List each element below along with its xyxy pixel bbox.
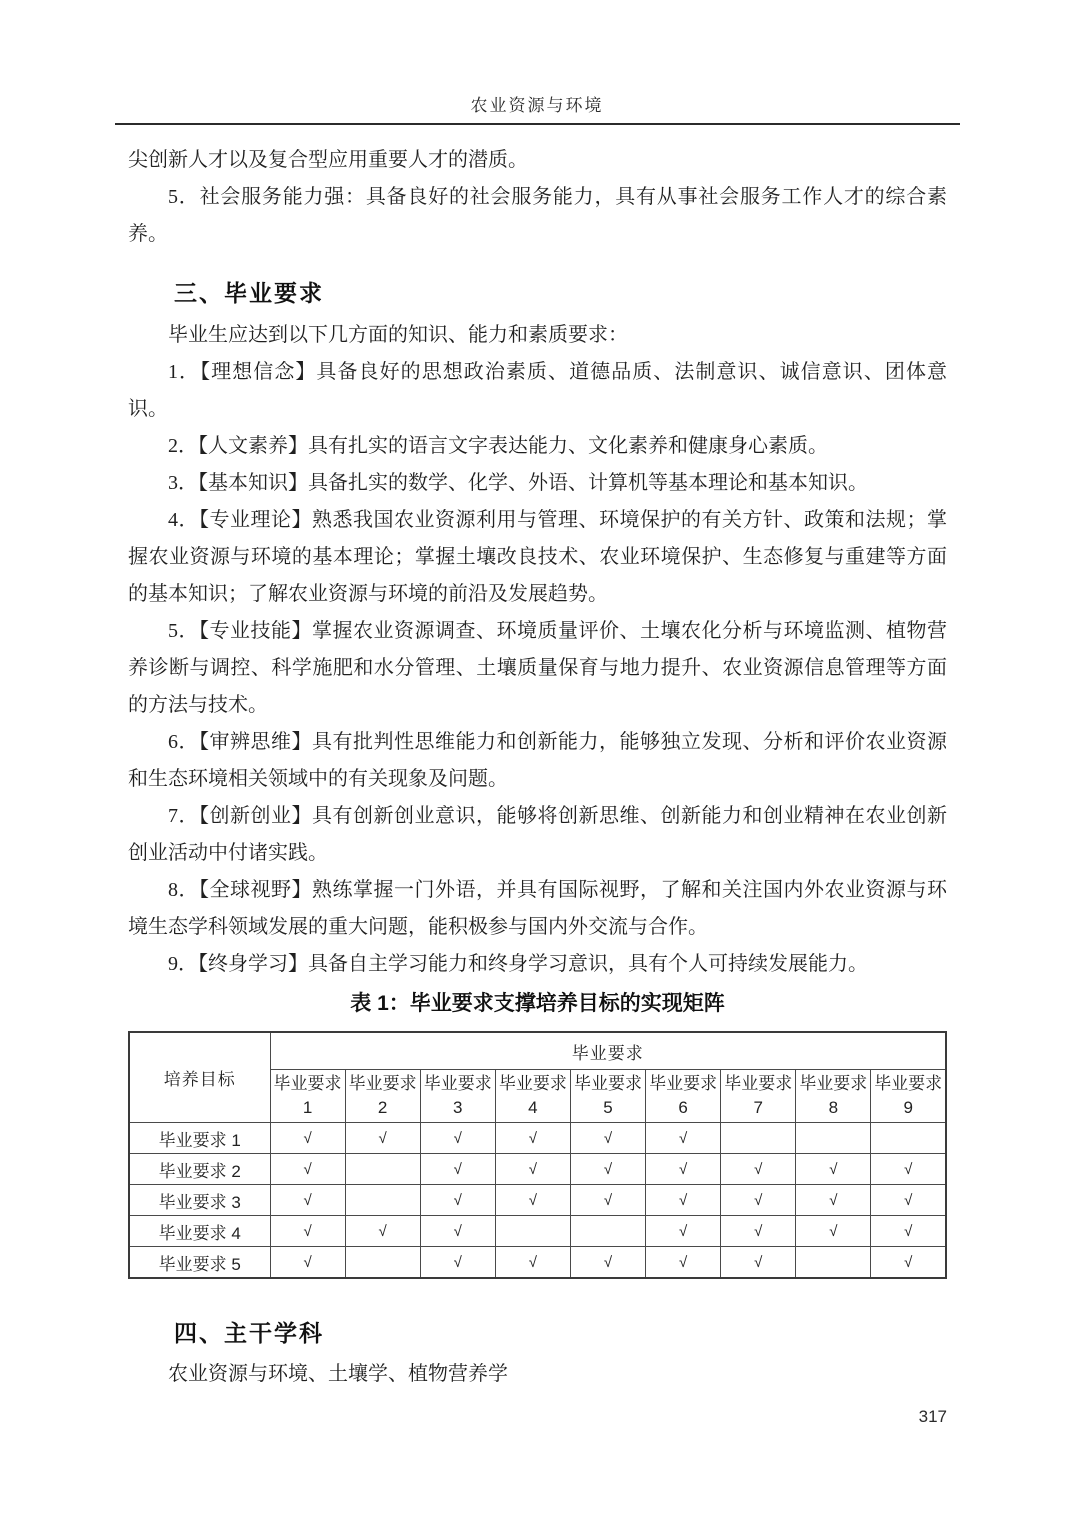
table-title: 表 1：毕业要求支撑培养目标的实现矩阵 — [128, 989, 947, 1019]
graduation-item: 8．【全球视野】熟练掌握一门外语，并具有国际视野，了解和关注国内外农业资源与环境… — [128, 872, 947, 946]
column-header-cell: 毕业要求 4 — [495, 1070, 570, 1123]
row-label-cell: 毕业要求 4 — [129, 1216, 270, 1247]
paragraph-continuation: 尖创新人才以及复合型应用重要人才的潜质。 — [128, 142, 947, 179]
check-mark-cell: √ — [345, 1123, 420, 1154]
check-mark-cell: √ — [796, 1216, 871, 1247]
check-mark-cell: √ — [796, 1154, 871, 1185]
check-mark-cell: √ — [721, 1247, 796, 1279]
table-row: 毕业要求 1√√√√√√ — [129, 1123, 946, 1154]
empty-cell — [796, 1123, 871, 1154]
matrix-table-body: 毕业要求 1√√√√√√毕业要求 2√√√√√√√√毕业要求 3√√√√√√√√… — [129, 1123, 946, 1279]
check-mark-cell: √ — [570, 1123, 645, 1154]
check-mark-cell: √ — [646, 1185, 721, 1216]
table-row: 毕业要求 2√√√√√√√√ — [129, 1154, 946, 1185]
check-mark-cell: √ — [570, 1154, 645, 1185]
column-header-cell: 毕业要求 5 — [570, 1070, 645, 1123]
graduation-item: 5．【专业技能】掌握农业资源调查、环境质量评价、土壤农化分析与环境监测、植物营养… — [128, 613, 947, 724]
empty-cell — [796, 1247, 871, 1279]
page-content: 尖创新人才以及复合型应用重要人才的潜质。 5．社会服务能力强：具备良好的社会服务… — [128, 142, 947, 1427]
empty-cell — [345, 1185, 420, 1216]
column-header-cell: 毕业要求 3 — [420, 1070, 495, 1123]
check-mark-cell: √ — [495, 1123, 570, 1154]
check-mark-cell: √ — [270, 1123, 345, 1154]
graduation-item: 1．【理想信念】具备良好的思想政治素质、道德品质、法制意识、诚信意识、团体意识。 — [128, 354, 947, 428]
column-header-cell: 毕业要求 2 — [345, 1070, 420, 1123]
check-mark-cell: √ — [420, 1154, 495, 1185]
check-mark-cell: √ — [871, 1185, 946, 1216]
check-mark-cell: √ — [871, 1154, 946, 1185]
check-mark-cell: √ — [270, 1154, 345, 1185]
empty-cell — [495, 1216, 570, 1247]
graduation-item: 9．【终身学习】具备自主学习能力和终身学习意识，具有个人可持续发展能力。 — [128, 946, 947, 983]
page-number: 317 — [128, 1407, 947, 1427]
section-heading-graduation-requirements: 三、毕业要求 — [174, 277, 947, 309]
row-label-cell: 毕业要求 2 — [129, 1154, 270, 1185]
graduation-item: 7．【创新创业】具有创新创业意识，能够将创新思维、创新能力和创业精神在农业创新创… — [128, 798, 947, 872]
running-header-title: 农业资源与环境 — [115, 95, 960, 117]
check-mark-cell: √ — [721, 1154, 796, 1185]
core-disciplines-paragraph: 农业资源与环境、土壤学、植物营养学 — [128, 1356, 947, 1393]
check-mark-cell: √ — [420, 1185, 495, 1216]
check-mark-cell: √ — [646, 1216, 721, 1247]
check-mark-cell: √ — [345, 1216, 420, 1247]
graduation-item: 3．【基本知识】具备扎实的数学、化学、外语、计算机等基本理论和基本知识。 — [128, 465, 947, 502]
row-label-cell: 毕业要求 5 — [129, 1247, 270, 1279]
empty-cell — [871, 1123, 946, 1154]
check-mark-cell: √ — [871, 1216, 946, 1247]
check-mark-cell: √ — [270, 1216, 345, 1247]
empty-cell — [345, 1154, 420, 1185]
column-header-cell: 毕业要求 1 — [270, 1070, 345, 1123]
table-row: 毕业要求 5√√√√√√√ — [129, 1247, 946, 1279]
empty-cell — [721, 1123, 796, 1154]
empty-cell — [570, 1216, 645, 1247]
graduation-item: 4．【专业理论】熟悉我国农业资源利用与管理、环境保护的有关方针、政策和法规；掌握… — [128, 502, 947, 613]
graduation-item: 2．【人文素养】具有扎实的语言文字表达能力、文化素养和健康身心素质。 — [128, 428, 947, 465]
graduation-item: 6．【审辨思维】具有批判性思维能力和创新能力，能够独立发现、分析和评价农业资源和… — [128, 724, 947, 798]
check-mark-cell: √ — [871, 1247, 946, 1279]
section-heading-core-disciplines: 四、主干学科 — [174, 1317, 947, 1349]
empty-cell — [345, 1247, 420, 1279]
check-mark-cell: √ — [570, 1185, 645, 1216]
check-mark-cell: √ — [270, 1185, 345, 1216]
column-header-cell: 毕业要求 9 — [871, 1070, 946, 1123]
check-mark-cell: √ — [495, 1185, 570, 1216]
row-label-cell: 毕业要求 3 — [129, 1185, 270, 1216]
page-header: 农业资源与环境 — [115, 0, 960, 125]
check-mark-cell: √ — [721, 1216, 796, 1247]
document-page: 农业资源与环境 尖创新人才以及复合型应用重要人才的潜质。 5．社会服务能力强：具… — [0, 0, 1074, 1520]
group-header-cell: 毕业要求 — [270, 1032, 946, 1070]
column-header-cell: 毕业要求 8 — [796, 1070, 871, 1123]
check-mark-cell: √ — [796, 1185, 871, 1216]
check-mark-cell: √ — [420, 1123, 495, 1154]
table-row: 毕业要求 3√√√√√√√√ — [129, 1185, 946, 1216]
graduation-intro-paragraph: 毕业生应达到以下几方面的知识、能力和素质要求： — [128, 317, 947, 354]
check-mark-cell: √ — [721, 1185, 796, 1216]
corner-header-cell: 培养目标 — [129, 1032, 270, 1123]
column-header-cell: 毕业要求 7 — [721, 1070, 796, 1123]
check-mark-cell: √ — [570, 1247, 645, 1279]
check-mark-cell: √ — [495, 1154, 570, 1185]
check-mark-cell: √ — [270, 1247, 345, 1279]
check-mark-cell: √ — [420, 1216, 495, 1247]
column-header-cell: 毕业要求 6 — [646, 1070, 721, 1123]
matrix-table-head: 培养目标毕业要求毕业要求 1毕业要求 2毕业要求 3毕业要求 4毕业要求 5毕业… — [129, 1032, 946, 1123]
check-mark-cell: √ — [646, 1247, 721, 1279]
table-row: 毕业要求 4√√√√√√√ — [129, 1216, 946, 1247]
support-matrix-table: 培养目标毕业要求毕业要求 1毕业要求 2毕业要求 3毕业要求 4毕业要求 5毕业… — [128, 1031, 947, 1279]
row-label-cell: 毕业要求 1 — [129, 1123, 270, 1154]
check-mark-cell: √ — [495, 1247, 570, 1279]
paragraph-social-service: 5．社会服务能力强：具备良好的社会服务能力，具有从事社会服务工作人才的综合素养。 — [128, 179, 947, 253]
check-mark-cell: √ — [646, 1154, 721, 1185]
check-mark-cell: √ — [646, 1123, 721, 1154]
check-mark-cell: √ — [420, 1247, 495, 1279]
header-row-group: 培养目标毕业要求 — [129, 1032, 946, 1070]
